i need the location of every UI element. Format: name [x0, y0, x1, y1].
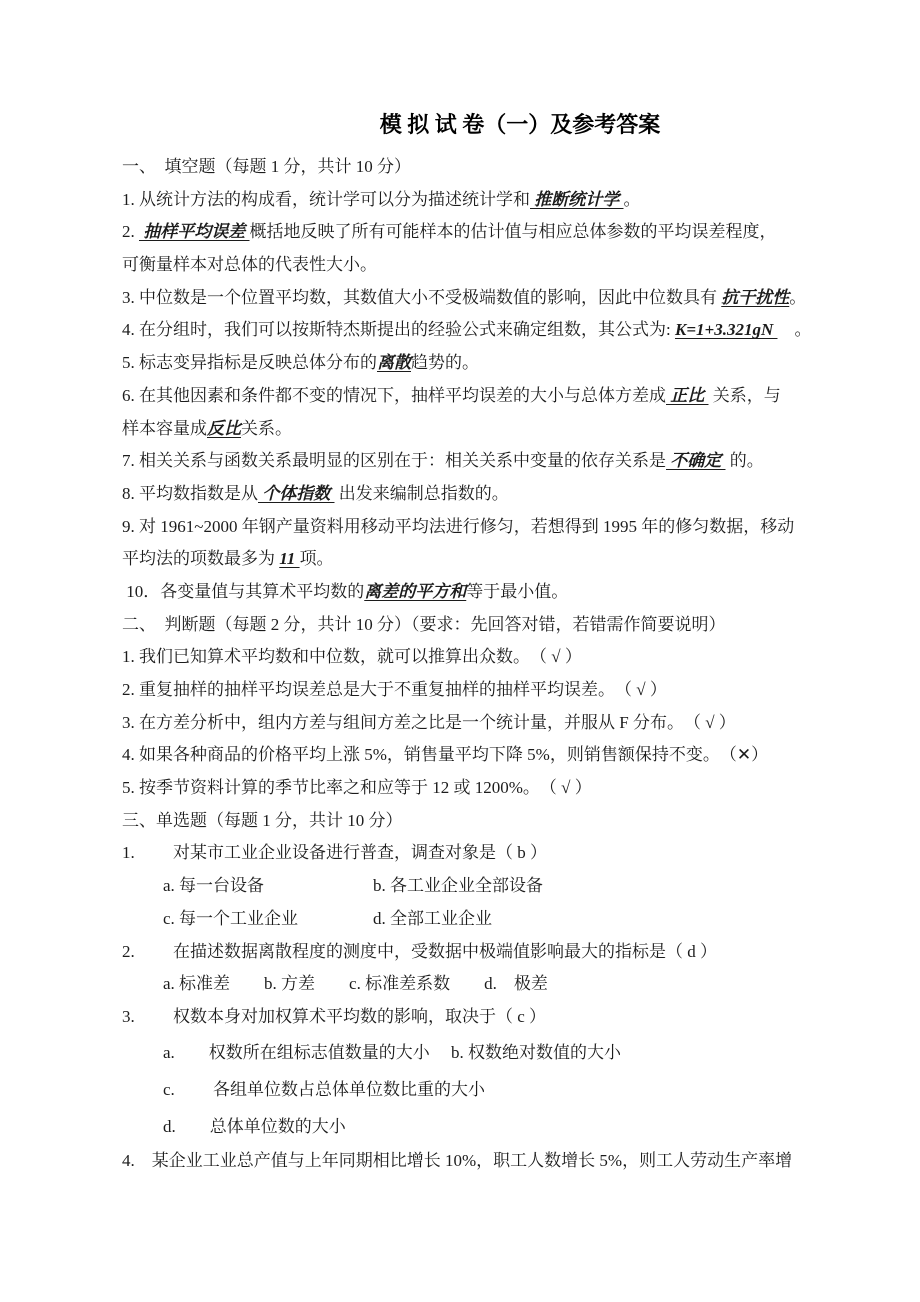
text-segment: 3. 权数本身对加权算术平均数的影响，取决于（ c ）: [122, 1007, 546, 1026]
text-segment: 2. 在描述数据离散程度的测度中，受数据中极端值影响最大的指标是（ d ）: [122, 942, 717, 961]
section-choice-heading: 三、单选题（每题 1 分，共计 10 分）: [122, 805, 890, 838]
text-segment: 关系。: [241, 419, 292, 438]
choice-q3-option-ab: a. 权数所在组标志值数量的大小 b. 权数绝对数值的大小: [122, 1034, 890, 1071]
text-segment: 概括地反映了所有可能样本的估计值与相应总体参数的平均误差程度，: [250, 222, 777, 241]
text-segment: d. 总体单位数的大小: [163, 1117, 346, 1136]
text-segment: 样本容量成: [122, 419, 207, 438]
choice-q3: 3. 权数本身对加权算术平均数的影响，取决于（ c ）: [122, 1001, 890, 1034]
text-segment: 一、 填空题（每题 1 分，共计 10 分）: [122, 157, 411, 176]
choice-q2: 2. 在描述数据离散程度的测度中，受数据中极端值影响最大的指标是（ d ）: [122, 936, 890, 969]
document-body: 一、 填空题（每题 1 分，共计 10 分）1. 从统计方法的构成看，统计学可以…: [0, 151, 920, 1177]
answer-text: K=1+3.321gN: [675, 320, 778, 339]
answer-text: 抗干扰性: [721, 288, 789, 307]
text-segment: a. 权数所在组标志值数量的大小 b. 权数绝对数值的大小: [163, 1043, 621, 1062]
fill-q1: 1. 从统计方法的构成看，统计学可以分为描述统计学和 推断统计学 。: [122, 184, 890, 217]
text-segment: a. 每一台设备: [163, 870, 373, 903]
answer-text: 正比: [666, 386, 709, 405]
text-segment: 3. 中位数是一个位置平均数，其数值大小不受极端数值的影响，因此中位数具有: [122, 288, 721, 307]
text-segment: 可衡量样本对总体的代表性大小。: [122, 255, 377, 274]
answer-text: 抽样平均误差: [139, 222, 250, 241]
text-segment: 。: [789, 288, 806, 307]
answer-text: 不确定: [666, 451, 726, 470]
text-segment: 10．各变量值与其算术平均数的: [122, 582, 364, 601]
answer-text: 离差的平方和: [364, 582, 466, 601]
text-segment: 5. 按季节资料计算的季节比率之和应等于 12 或 1200%。 （ √ ）: [122, 778, 592, 797]
choice-q1: 1. 对某市工业企业设备进行普查，调查对象是（ b ）: [122, 837, 890, 870]
text-segment: 4. 某企业工业总产值与上年同期相比增长 10%，职工人数增长 5%，则工人劳动…: [122, 1151, 792, 1170]
text-segment: b. 各工业企业全部设备: [373, 876, 543, 895]
text-segment: 8. 平均数指数是从: [122, 484, 258, 503]
text-segment: c. 各组单位数占总体单位数比重的大小: [163, 1080, 485, 1099]
exam-title: 模 拟 试 卷（一）及参考答案: [0, 0, 920, 144]
text-segment: 7. 相关关系与函数关系最明显的区别在于：相关关系中变量的依存关系是: [122, 451, 666, 470]
text-segment: 。: [777, 320, 811, 339]
choice-q3-option-c: c. 各组单位数占总体单位数比重的大小: [122, 1071, 890, 1108]
fill-q9-line1: 9. 对 1961~2000 年钢产量资料用移动平均法进行修匀，若想得到 199…: [122, 511, 890, 544]
text-segment: 。: [624, 190, 641, 209]
text-segment: 1. 对某市工业企业设备进行普查，调查对象是（ b ）: [122, 843, 547, 862]
text-segment: d. 全部工业企业: [373, 909, 492, 928]
fill-q6-line1: 6. 在其他因素和条件都不变的情况下，抽样平均误差的大小与总体方差成 正比 关系…: [122, 380, 890, 413]
text-segment: 9. 对 1961~2000 年钢产量资料用移动平均法进行修匀，若想得到 199…: [122, 517, 794, 536]
text-segment: 4. 在分组时，我们可以按斯特杰斯提出的经验公式来确定组数，其公式为:: [122, 320, 675, 339]
judge-q3: 3. 在方差分析中，组内方差与组间方差之比是一个统计量，并服从 F 分布。 （ …: [122, 707, 890, 740]
text-segment: 1. 我们已知算术平均数和中位数，就可以推算出众数。 （ √ ）: [122, 647, 582, 666]
answer-text: 反比: [207, 419, 241, 438]
text-segment: 3. 在方差分析中，组内方差与组间方差之比是一个统计量，并服从 F 分布。 （ …: [122, 713, 736, 732]
fill-q3: 3. 中位数是一个位置平均数，其数值大小不受极端数值的影响，因此中位数具有 抗干…: [122, 282, 890, 315]
fill-q9-line2: 平均法的项数最多为 11 项。: [122, 543, 890, 576]
judge-q1: 1. 我们已知算术平均数和中位数，就可以推算出众数。 （ √ ）: [122, 641, 890, 674]
fill-q2-line2: 可衡量样本对总体的代表性大小。: [122, 249, 890, 282]
text-segment: 6. 在其他因素和条件都不变的情况下，抽样平均误差的大小与总体方差成: [122, 386, 666, 405]
choice-q2-options: a. 标准差 b. 方差 c. 标准差系数 d. 极差: [122, 968, 890, 1001]
text-segment: 4. 如果各种商品的价格平均上涨 5%，销售量平均下降 5%，则销售额保持不变。…: [122, 745, 768, 764]
text-segment: 项。: [300, 549, 334, 568]
answer-text: 个体指数: [258, 484, 335, 503]
text-segment: 的。: [726, 451, 764, 470]
judge-q2: 2. 重复抽样的抽样平均误差总是大于不重复抽样的抽样平均误差。 （ √ ）: [122, 674, 890, 707]
judge-q4: 4. 如果各种商品的价格平均上涨 5%，销售量平均下降 5%，则销售额保持不变。…: [122, 739, 890, 772]
fill-q5: 5. 标志变异指标是反映总体分布的离散趋势的。: [122, 347, 890, 380]
text-segment: 2.: [122, 222, 139, 241]
text-segment: 平均法的项数最多为: [122, 549, 279, 568]
answer-text: 推断统计学: [530, 190, 624, 209]
text-segment: 5. 标志变异指标是反映总体分布的: [122, 353, 377, 372]
fill-q6-line2: 样本容量成反比关系。: [122, 413, 890, 446]
choice-q4: 4. 某企业工业总产值与上年同期相比增长 10%，职工人数增长 5%，则工人劳动…: [122, 1145, 890, 1178]
fill-q10: 10．各变量值与其算术平均数的离差的平方和等于最小值。: [122, 576, 890, 609]
text-segment: c. 每一个工业企业: [163, 903, 373, 936]
fill-q2-line1: 2. 抽样平均误差 概括地反映了所有可能样本的估计值与相应总体参数的平均误差程度…: [122, 216, 890, 249]
text-segment: 出发来编制总指数的。: [335, 484, 509, 503]
text-segment: 趋势的。: [411, 353, 479, 372]
section-judge-heading: 二、 判断题（每题 2 分，共计 10 分）（要求：先回答对错，若错需作简要说明…: [122, 609, 890, 642]
text-segment: a. 标准差 b. 方差 c. 标准差系数 d. 极差: [163, 974, 548, 993]
text-segment: 三、单选题（每题 1 分，共计 10 分）: [122, 811, 403, 830]
text-segment: 二、 判断题（每题 2 分，共计 10 分）（要求：先回答对错，若错需作简要说明…: [122, 615, 726, 634]
fill-q4: 4. 在分组时，我们可以按斯特杰斯提出的经验公式来确定组数，其公式为: K=1+…: [122, 314, 890, 347]
choice-q1-options-ab: a. 每一台设备b. 各工业企业全部设备: [122, 870, 890, 903]
text-segment: 关系，与: [709, 386, 781, 405]
choice-q3-option-d: d. 总体单位数的大小: [122, 1108, 890, 1145]
answer-text: 离散: [377, 353, 411, 372]
fill-q8: 8. 平均数指数是从 个体指数 出发来编制总指数的。: [122, 478, 890, 511]
section-fill-heading: 一、 填空题（每题 1 分，共计 10 分）: [122, 151, 890, 184]
choice-q1-options-cd: c. 每一个工业企业d. 全部工业企业: [122, 903, 890, 936]
text-segment: 2. 重复抽样的抽样平均误差总是大于不重复抽样的抽样平均误差。 （ √ ）: [122, 680, 667, 699]
fill-q7: 7. 相关关系与函数关系最明显的区别在于：相关关系中变量的依存关系是 不确定 的…: [122, 445, 890, 478]
answer-text: 11: [279, 549, 299, 568]
text-segment: 等于最小值。: [466, 582, 568, 601]
document-page: 模 拟 试 卷（一）及参考答案 一、 填空题（每题 1 分，共计 10 分）1.…: [0, 0, 920, 1302]
judge-q5: 5. 按季节资料计算的季节比率之和应等于 12 或 1200%。 （ √ ）: [122, 772, 890, 805]
text-segment: 1. 从统计方法的构成看，统计学可以分为描述统计学和: [122, 190, 530, 209]
